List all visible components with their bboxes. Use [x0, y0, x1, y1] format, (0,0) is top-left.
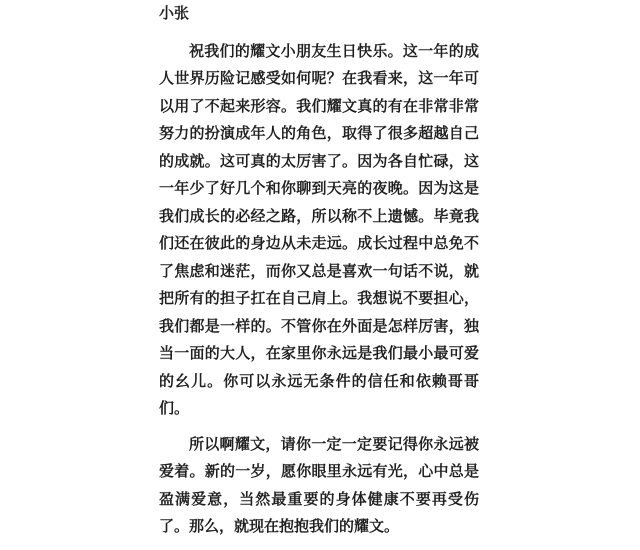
letter-salutation: 小张 [159, 0, 479, 28]
letter-paragraph-2: 所以啊耀文，请你一定一定要记得你永远被爱着。新的一岁，愿你眼里永远有光，心中总是… [159, 431, 479, 541]
letter-page: 小张 祝我们的耀文小朋友生日快乐。这一年的成人世界历险记感受如何呢？在我看来，这… [159, 0, 479, 549]
letter-paragraph-1: 祝我们的耀文小朋友生日快乐。这一年的成人世界历险记感受如何呢？在我看来，这一年可… [159, 38, 479, 423]
